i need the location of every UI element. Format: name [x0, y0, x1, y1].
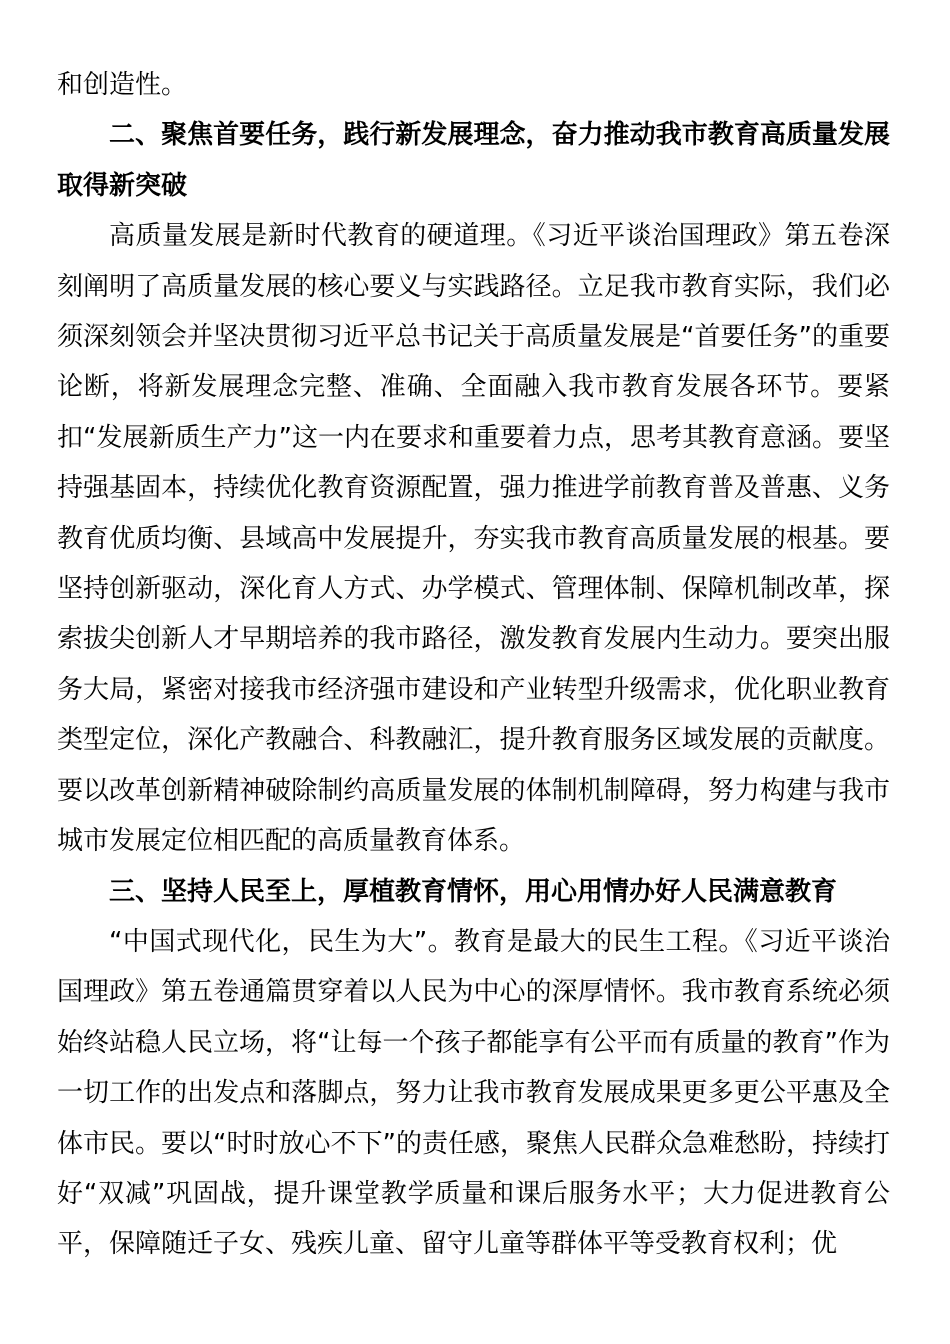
paragraph-body: 高质量发展是新时代教育的硬道理。《习近平谈治国理政》第五卷深刻阐明了高质量发展的…	[57, 211, 890, 866]
paragraph-body: “中国式现代化，民生为大”。教育是最大的民生工程。《习近平谈治国理政》第五卷通篇…	[57, 917, 890, 1270]
document-page: 和创造性。二、聚焦首要任务，践行新发展理念，奋力推动我市教育高质量发展取得新突破…	[0, 0, 950, 1344]
paragraph-body: 和创造性。	[57, 60, 890, 110]
document-body: 和创造性。二、聚焦首要任务，践行新发展理念，奋力推动我市教育高质量发展取得新突破…	[57, 60, 890, 1270]
paragraph-heading: 三、坚持人民至上，厚植教育情怀，用心用情办好人民满意教育	[57, 867, 890, 917]
paragraph-heading: 二、聚焦首要任务，践行新发展理念，奋力推动我市教育高质量发展取得新突破	[57, 110, 890, 211]
